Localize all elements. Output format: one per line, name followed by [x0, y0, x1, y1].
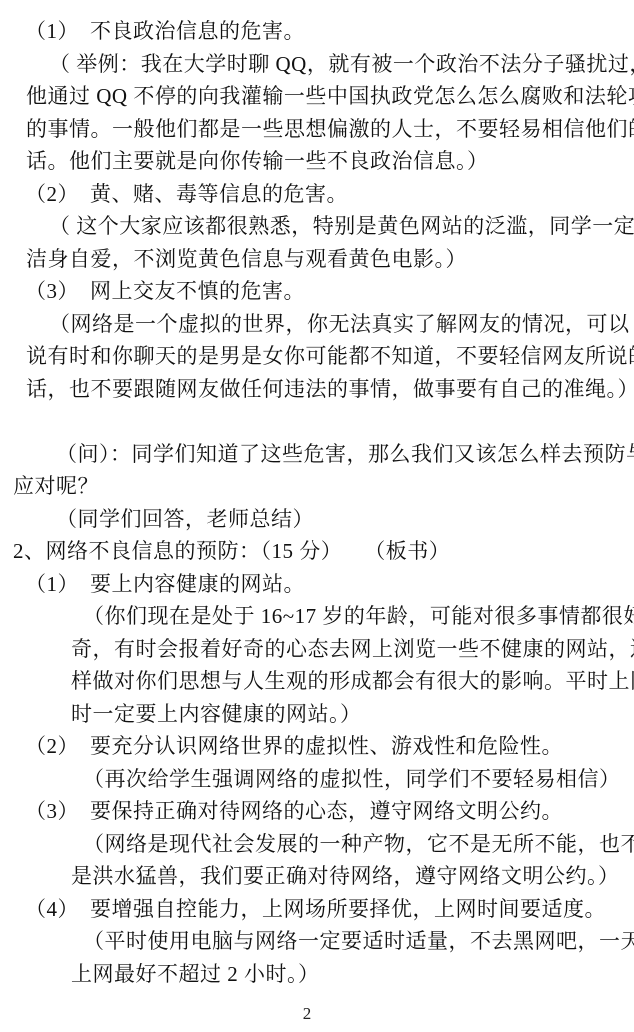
text-line: （3） 网上交友不慎的危害。: [0, 275, 634, 308]
text-line: （ 这个大家应该都很熟悉，特别是黄色网站的泛滥，同学一定: [0, 210, 634, 243]
text-line: 时一定要上内容健康的网站。）: [0, 698, 634, 731]
text-line: （4） 要增强自控能力，上网场所要择优，上网时间要适度。: [0, 893, 634, 926]
page-number: 2: [0, 1004, 614, 1024]
text-line: 是洪水猛兽，我们要正确对待网络，遵守网络文明公约。）: [0, 860, 634, 893]
text-line: （同学们回答，老师总结）: [0, 503, 634, 536]
text-line: 的事情。一般他们都是一些思想偏激的人士，不要轻易相信他们的: [0, 113, 634, 146]
blank-line: [0, 405, 634, 438]
text-line: （网络是一个虚拟的世界，你无法真实了解网友的情况，可以: [0, 308, 634, 341]
text-line: （平时使用电脑与网络一定要适时适量，不去黑网吧，一天: [0, 925, 634, 958]
text-line: 说有时和你聊天的是男是女你可能都不知道，不要轻信网友所说的: [0, 340, 634, 373]
text-line: 话。他们主要就是向你传输一些不良政治信息。）: [0, 145, 634, 178]
text-line: （网络是现代社会发展的一种产物，它不是无所不能，也不: [0, 828, 634, 861]
text-line: 应对呢？: [0, 470, 634, 503]
text-line: （你们现在是处于 16~17 岁的年龄，可能对很多事情都很好: [0, 600, 634, 633]
text-line: 样做对你们思想与人生观的形成都会有很大的影响。平时上网: [0, 665, 634, 698]
text-line: （2） 黄、赌、毒等信息的危害。: [0, 178, 634, 211]
text-line: 洁身自爱，不浏览黄色信息与观看黄色电影。）: [0, 243, 634, 276]
text-line: 话，也不要跟随网友做任何违法的事情，做事要有自己的准绳。）: [0, 373, 634, 406]
text-line: 上网最好不超过 2 小时。）: [0, 958, 634, 991]
document-page: （1） 不良政治信息的危害。（ 举例：我在大学时聊 QQ，就有被一个政治不法分子…: [0, 0, 634, 1032]
text-line: （1） 不良政治信息的危害。: [0, 15, 634, 48]
text-line: 他通过 QQ 不停的向我灌输一些中国执政党怎么怎么腐败和法轮功: [0, 80, 634, 113]
text-line: （3） 要保持正确对待网络的心态，遵守网络文明公约。: [0, 795, 634, 828]
text-line: 2、网络不良信息的预防：（15 分） （板书）: [0, 535, 634, 568]
text-line: 奇，有时会报着好奇的心态去网上浏览一些不健康的网站，这: [0, 633, 634, 666]
document-body: （1） 不良政治信息的危害。（ 举例：我在大学时聊 QQ，就有被一个政治不法分子…: [0, 15, 634, 990]
text-line: （问）：同学们知道了这些危害，那么我们又该怎么样去预防与: [0, 438, 634, 471]
text-line: （2） 要充分认识网络世界的虚拟性、游戏性和危险性。: [0, 730, 634, 763]
text-line: （ 举例：我在大学时聊 QQ，就有被一个政治不法分子骚扰过，: [0, 48, 634, 81]
text-line: （1） 要上内容健康的网站。: [0, 568, 634, 601]
text-line: （再次给学生强调网络的虚拟性，同学们不要轻易相信）: [0, 763, 634, 796]
